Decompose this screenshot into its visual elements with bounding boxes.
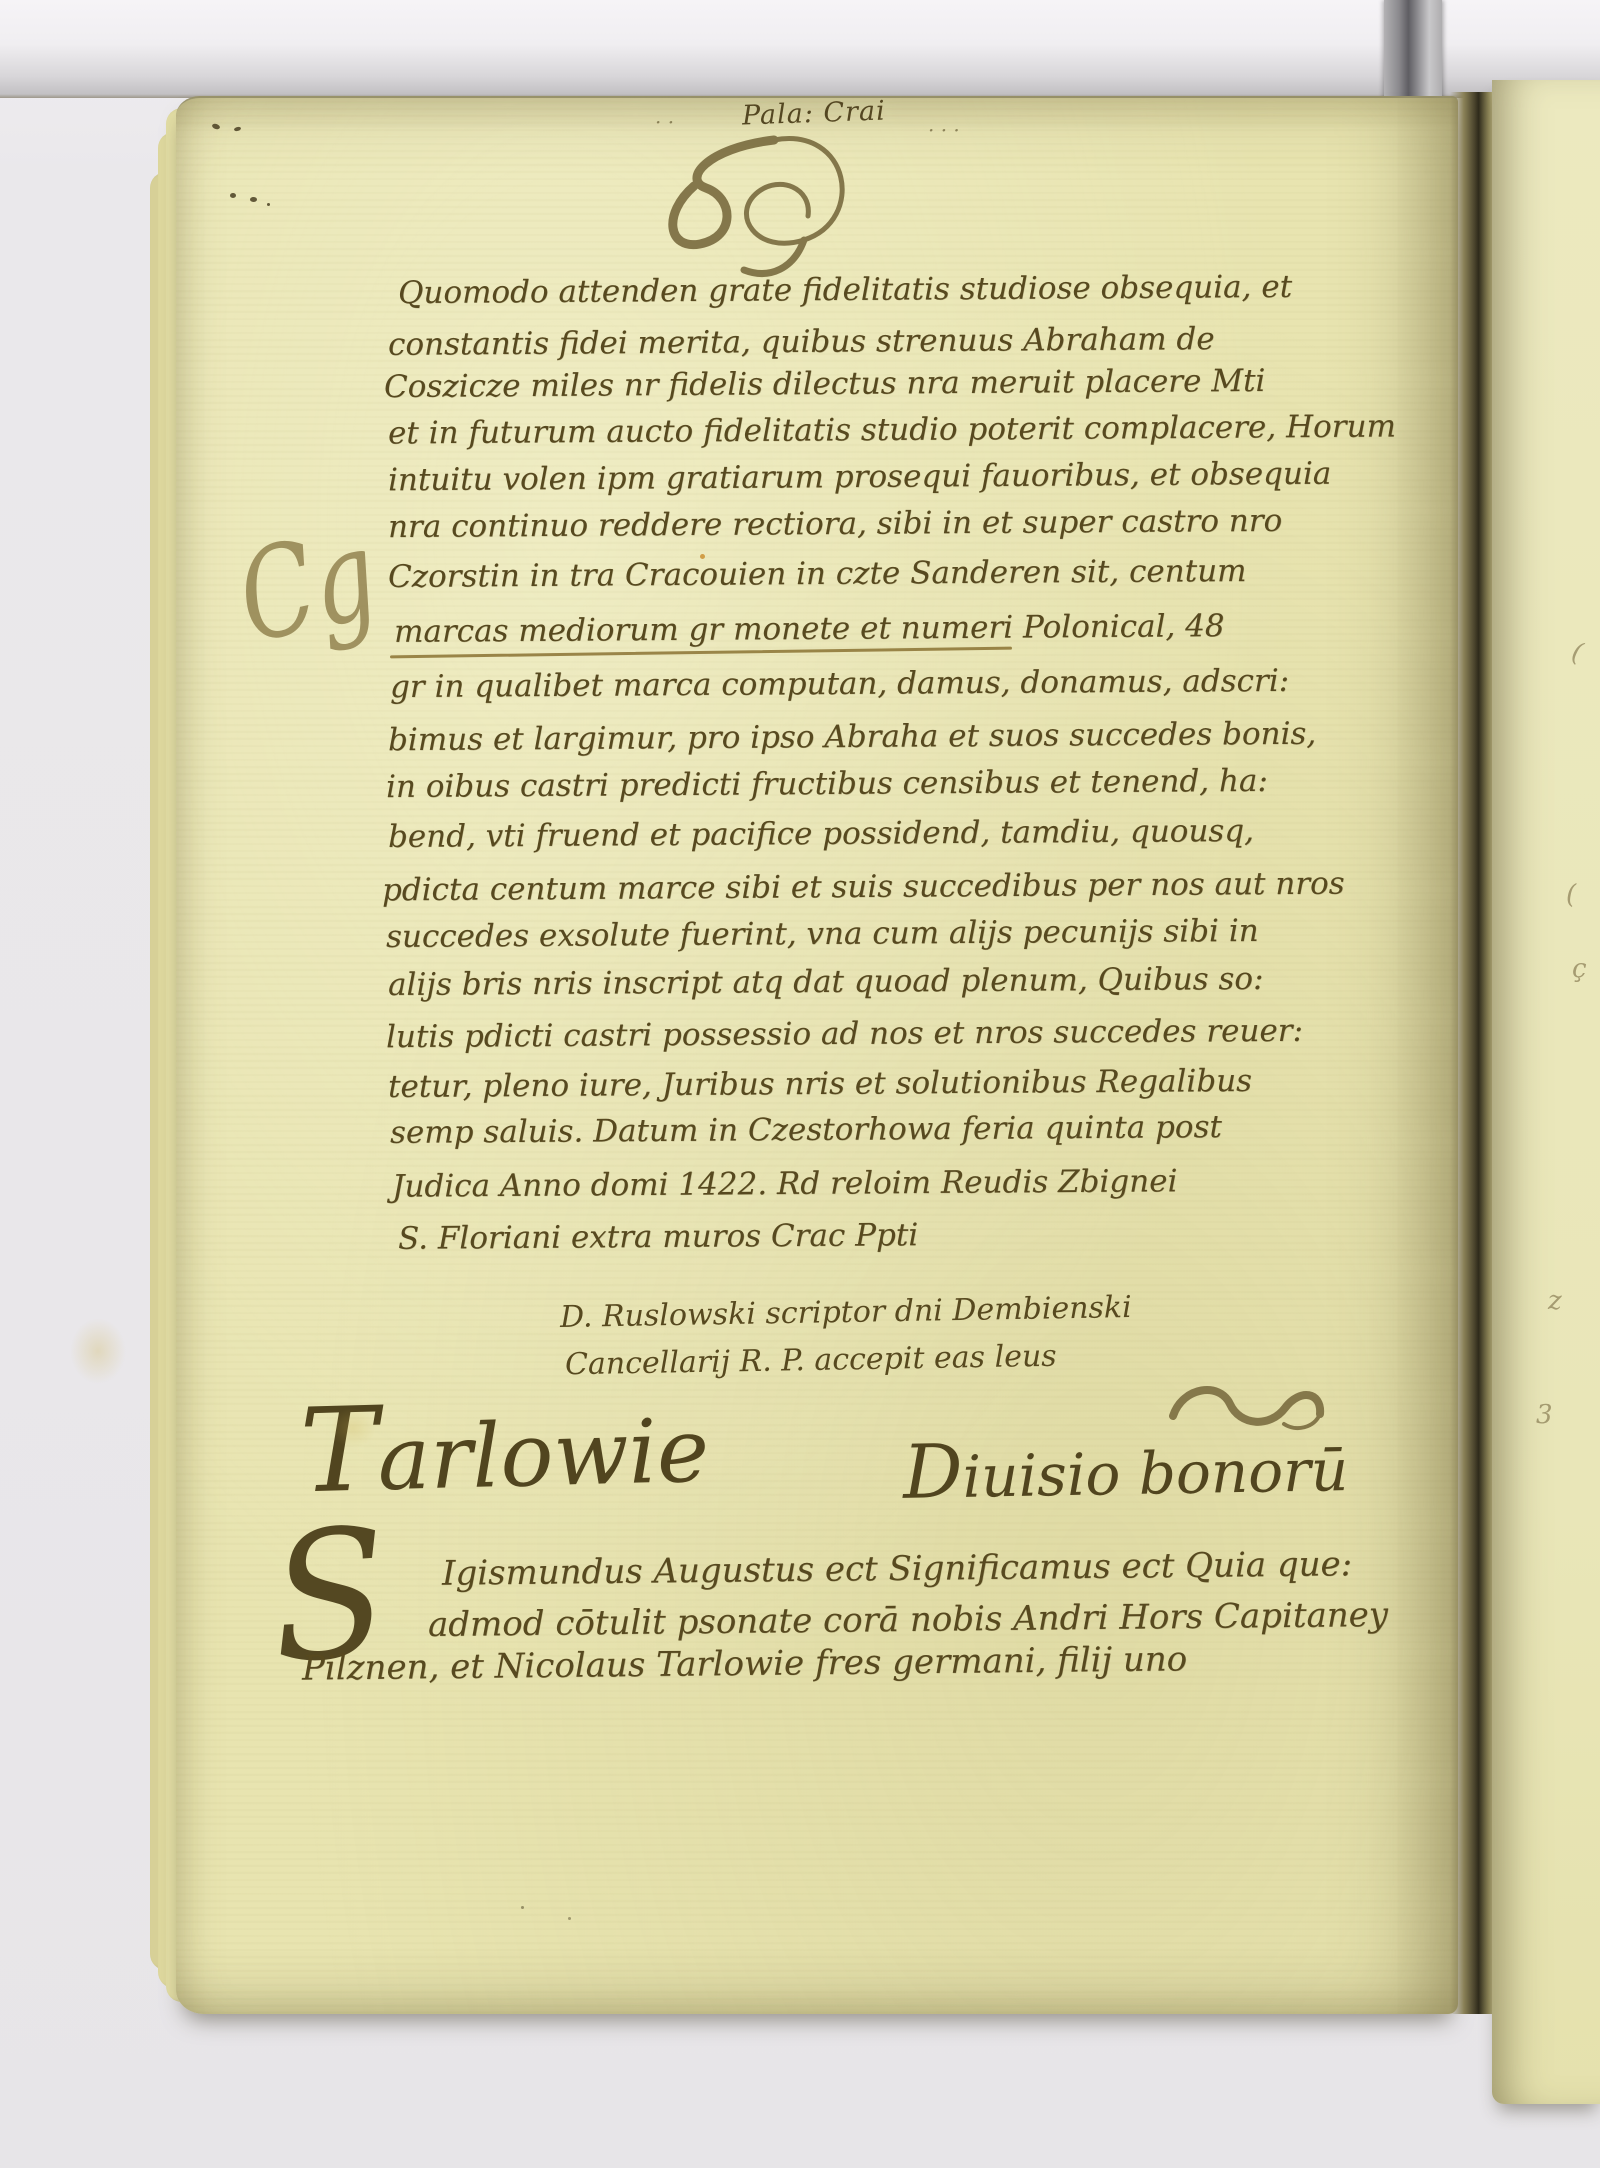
manuscript-line: nra continuo reddere rectiora, sibi in e… [388,504,1282,544]
gutter-mark: z [1548,1288,1562,1314]
ink-speck [267,203,270,206]
gutter-mark: ç [1572,956,1587,982]
book-gutter-fold [1450,92,1496,2014]
manuscript-line: S. Floriani extra muros Crac Ppti [398,1218,918,1256]
header-marks-right: · · · [928,120,960,140]
margin-mark: Cg [229,511,387,661]
manuscript-line: et in futurum aucto fidelitatis studio p… [388,409,1396,450]
gutter-mark: 3 [1536,1402,1553,1428]
gutter-mark: ( [1566,882,1576,908]
ink-speck [230,193,236,198]
page-stain [70,1318,126,1384]
manuscript-line: lutis pdicti castri possessio ad nos et … [386,1014,1303,1054]
book-page-right-sliver [1492,80,1600,2104]
manuscript-line: pdicta centum marce sibi et suis succedi… [382,867,1345,908]
page-stain [330,1408,376,1448]
manuscript-line: Czorstin in tra Cracouien in czte Sander… [388,554,1247,594]
ink-fleck [700,554,705,559]
running-header: Pala: Crai [742,97,887,129]
manuscript-line: succedes exsolute fuerint, vna cum alijs… [386,914,1259,954]
manuscript-line: alijs bris nris inscript atq dat quoad p… [388,962,1264,1002]
manuscript-line: in oibus castri predicti fructibus censi… [386,764,1268,804]
section-heading-divisio: Diuisio bonorū [902,1432,1348,1507]
manuscript-scan: · · Pala: Crai · · · Cg Quomodo attenden… [0,0,1600,2168]
ink-speck [250,197,257,202]
ink-speck [568,1917,571,1920]
book-clamp-bar [1384,0,1442,99]
manuscript-line: marcas mediorum gr monete et numeri Polo… [394,609,1225,649]
manuscript-line: bend, vti fruend et pacifice possidend, … [388,814,1254,854]
manuscript-line: constantis fidei merita, quibus strenuus… [388,322,1215,362]
manuscript-line: gr in qualibet marca computan, damus, do… [390,664,1289,704]
manuscript-line: tetur, pleno iure, Juribus nris et solut… [388,1064,1252,1104]
scanner-backing-sheet [0,0,1600,98]
ink-speck [521,1906,524,1909]
manuscript-line: bimus et largimur, pro ipso Abraha et su… [388,717,1316,758]
chancery-note-line: Cancellarij R. P. accepit eas leus [565,1342,1057,1381]
manuscript-line: Judica Anno domi 1422. Rd reloim Reudis … [392,1164,1178,1204]
manuscript-line: Quomodo attenden grate fidelitatis studi… [398,270,1292,310]
manuscript-line: semp saluis. Datum in Czestorhowa feria … [390,1110,1222,1150]
manuscript-line: Coszicze miles nr fidelis dilectus nra m… [384,364,1266,404]
ink-flourish [598,126,868,284]
heading-flourish [1158,1376,1333,1438]
manuscript-line: intuitu volen ipm gratiarum prosequi fau… [388,457,1332,498]
